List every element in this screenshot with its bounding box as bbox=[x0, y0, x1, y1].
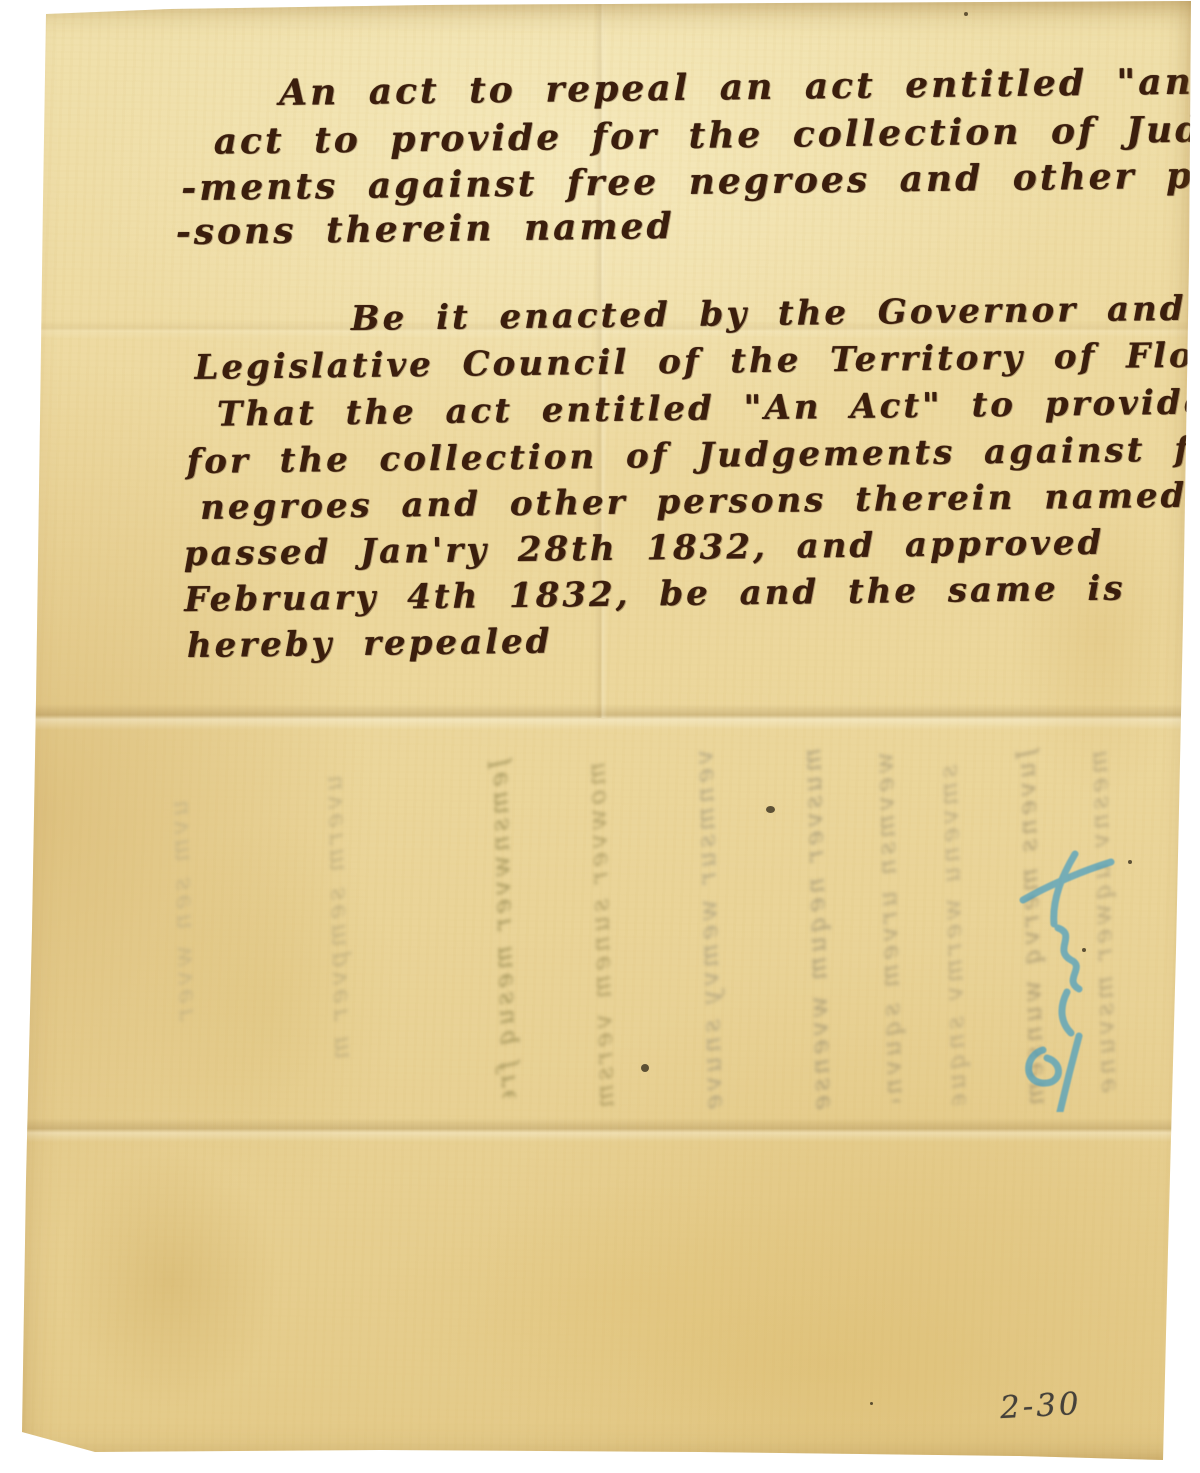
paper-sheet: uverm sempver muswe vresm Jemsnwver mesu… bbox=[0, 0, 1200, 1473]
document-scan: uverm sempver muswe vresm Jemsnwver mesu… bbox=[0, 0, 1200, 1473]
paper-edge-shading bbox=[0, 0, 1200, 1473]
